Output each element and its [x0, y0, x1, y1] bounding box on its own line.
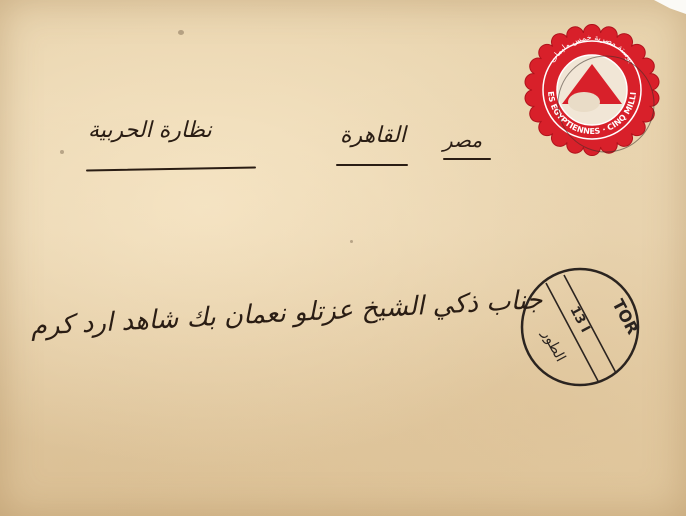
underline: [336, 164, 408, 166]
postmark-town-arabic: الطور: [538, 326, 568, 364]
torn-corner: [646, 0, 686, 14]
underline: [86, 167, 256, 172]
handwriting-city: القاهرة: [340, 123, 406, 148]
handwriting-ministry: نظارة الحربية: [88, 118, 212, 143]
handwriting-addressee: جناب ذكي الشيخ عزتلو نعمان بك شاهد ارد ك…: [30, 285, 543, 342]
postage-stamp: POSTES EGYPTIENNES · CINQ MILLIEMES بوست…: [522, 24, 662, 156]
postmark: TOR 13 I الطور: [516, 263, 644, 391]
stain-speck: [60, 150, 64, 154]
underline: [443, 158, 491, 160]
handwriting-country: مصر: [443, 128, 482, 152]
sphinx-icon: [568, 92, 600, 112]
stain-speck: [350, 240, 353, 243]
stain-speck: [178, 30, 184, 35]
envelope: POSTES EGYPTIENNES · CINQ MILLIEMES بوست…: [0, 0, 686, 516]
